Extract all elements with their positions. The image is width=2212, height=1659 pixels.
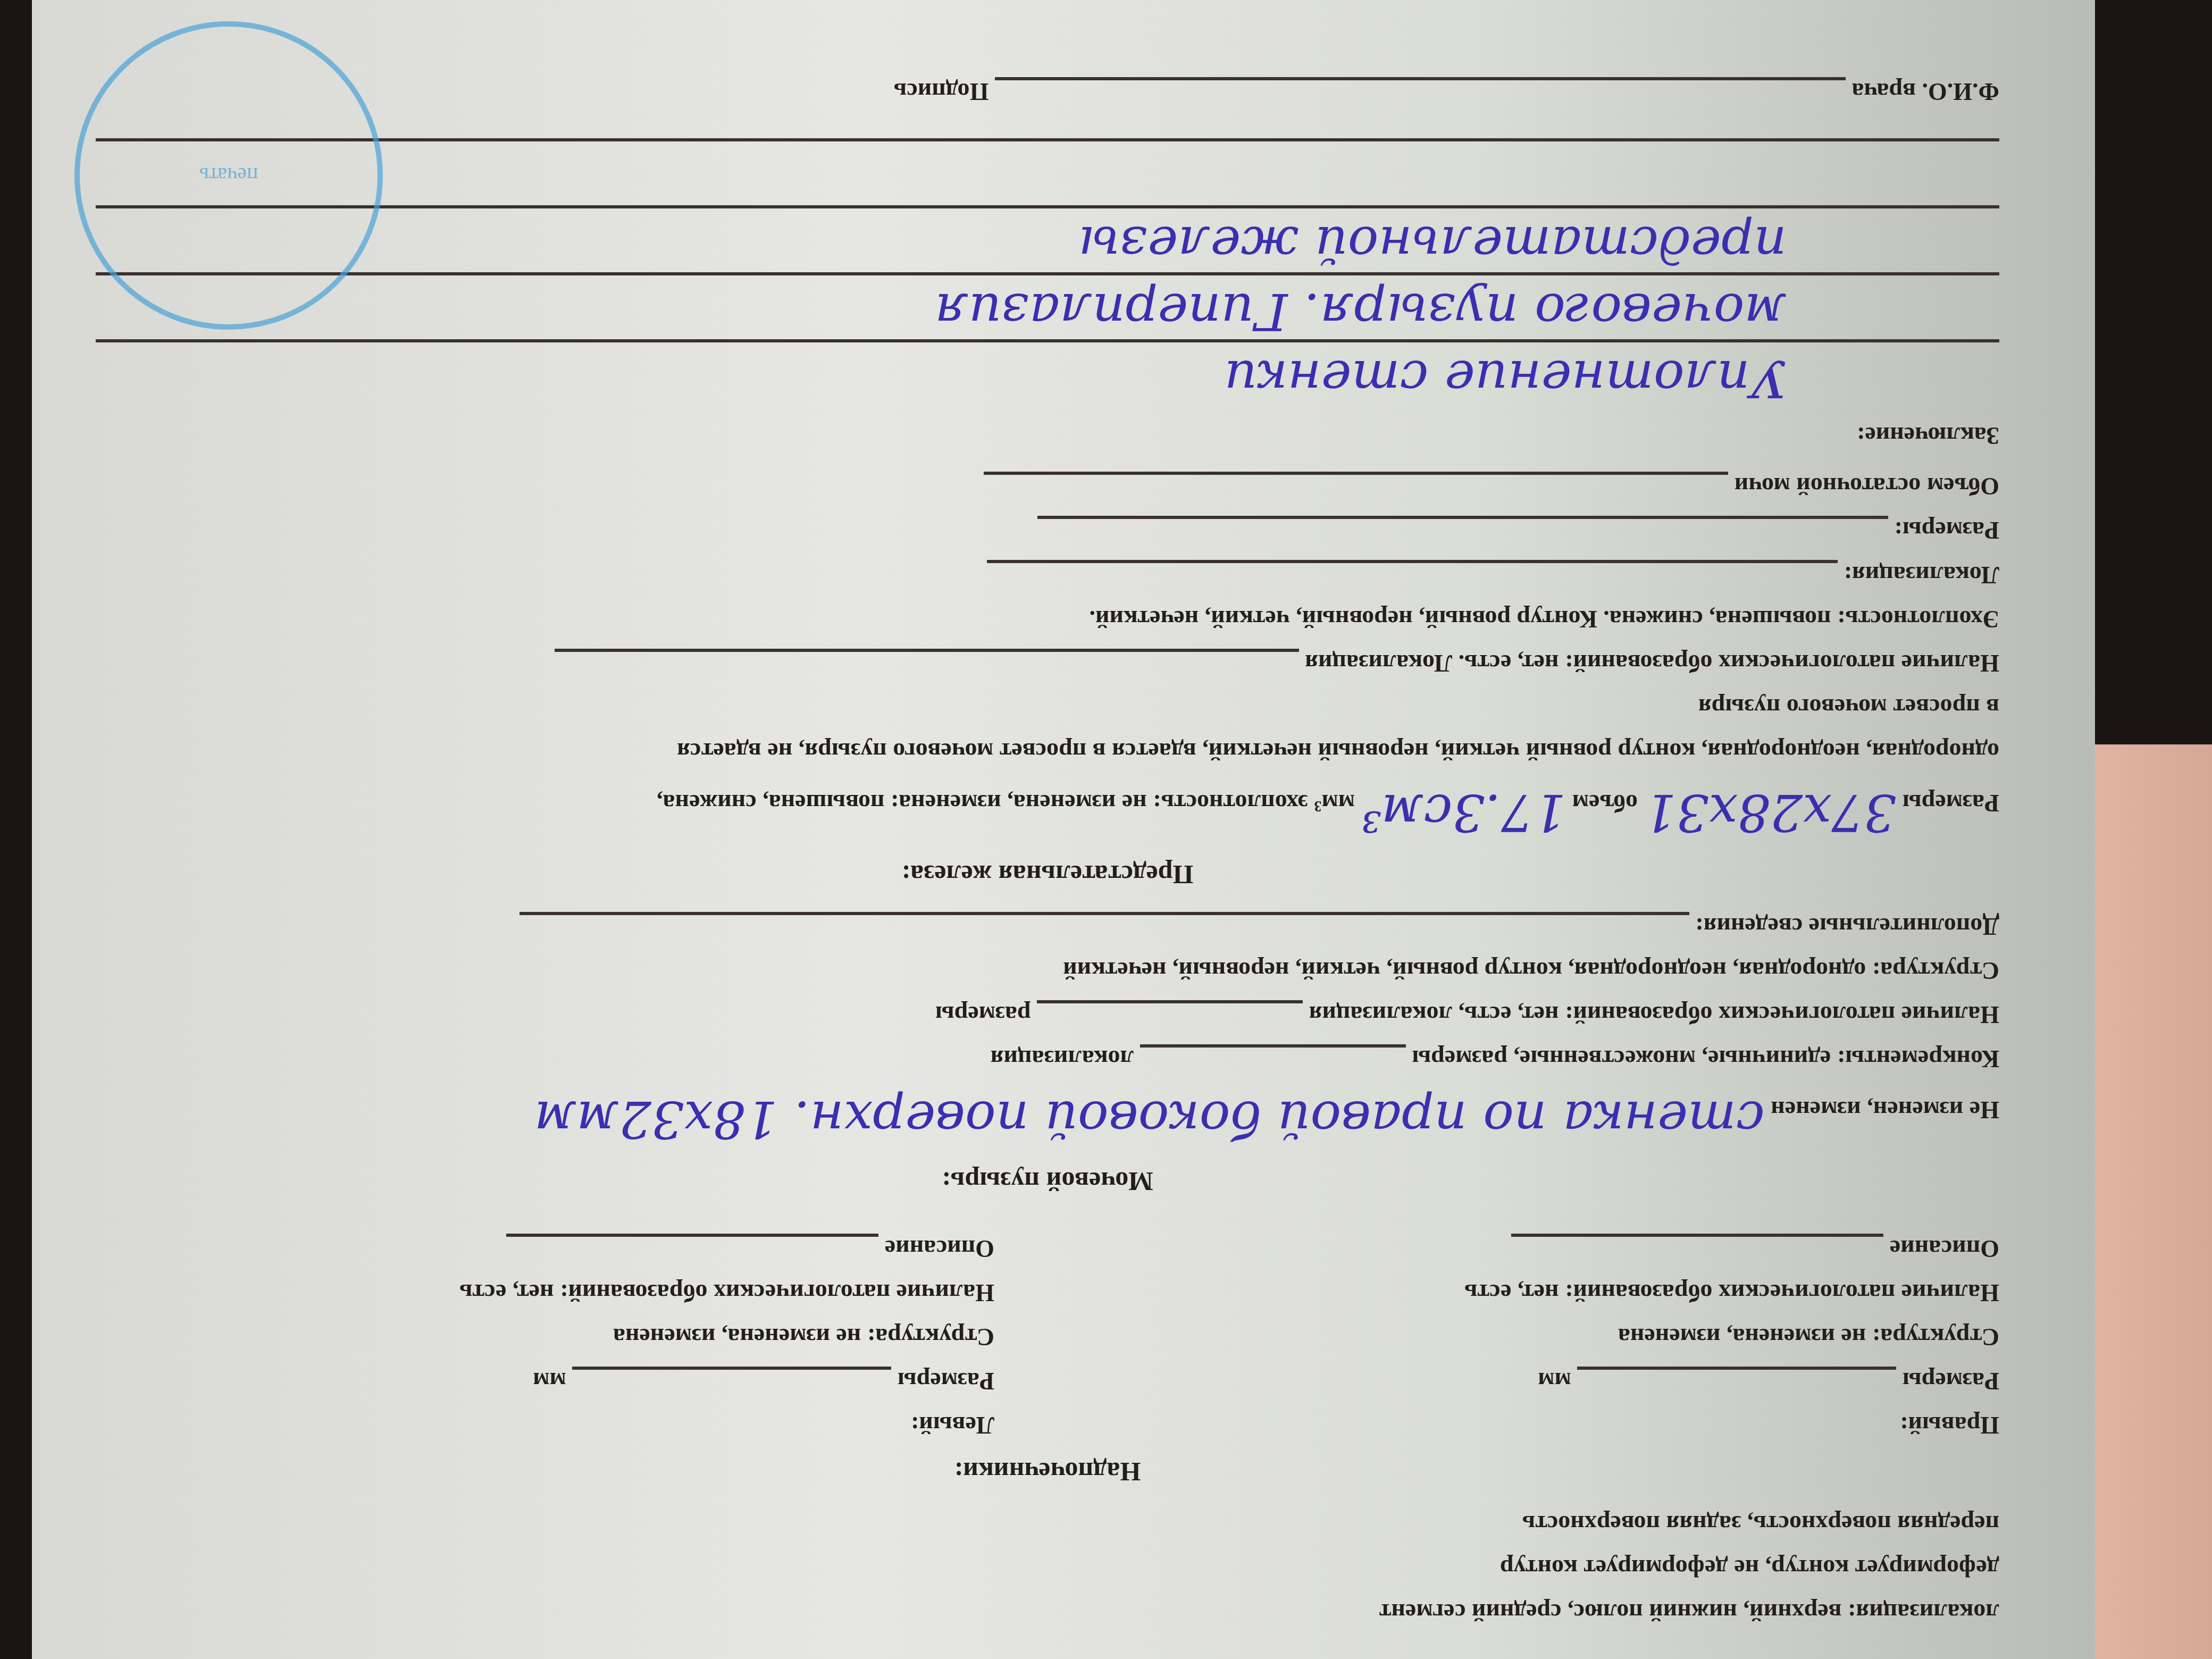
left-pathology: Наличие патологических образований: нет,… — [96, 1278, 994, 1308]
conclusion-line-1: Уплотнение стенки — [96, 339, 1999, 406]
stamp-text: печать — [199, 163, 258, 188]
prostate-sizes: Размеры: — [1895, 517, 2000, 544]
right-size-label: Размеры — [1903, 1368, 1999, 1395]
right-size-unit: мм — [1538, 1368, 1571, 1395]
stamp: печать — [74, 21, 383, 330]
right-structure: Структура: не изменена, изменена — [1101, 1322, 1999, 1352]
prostate-localization: Локализация: — [1844, 562, 1999, 589]
extra-line — [520, 912, 1689, 936]
left-description: Описание — [885, 1235, 994, 1262]
doctor-label: Ф.И.О. врача — [1851, 78, 1999, 105]
conclusion-line-3: предстательной железы — [96, 205, 1999, 272]
bladder-concrements: Конкременты: единичные, множественные, р… — [1412, 1045, 1999, 1073]
bladder-title: Мочевой пузырь: — [96, 1166, 1999, 1198]
prostate-volume-value: 17.3см³ — [1361, 783, 1566, 842]
right-size-line — [1577, 1367, 1896, 1391]
adrenals-section: Правый: Размеры мм Структура: не изменен… — [96, 1219, 1999, 1440]
bladder-handwritten: стенка по правой боковой поверхн. 18х32м… — [534, 1090, 1765, 1150]
report-paper: локализация: верхний, нижний полюс, сред… — [32, 0, 2095, 1659]
adrenals-title: Надпочечники: — [96, 1456, 1999, 1488]
concrements-line — [1140, 1044, 1406, 1069]
prostate-size-label: Размеры — [1903, 790, 1999, 817]
bladder-structure: Структура: однородная, неоднородная, кон… — [96, 956, 1999, 985]
conclusion-text-1: Уплотнение стенки — [1224, 348, 1787, 409]
bladder-line1: Не изменен, изменен — [1771, 1097, 1999, 1124]
right-label: Правый: — [1101, 1411, 1999, 1440]
conclusion-label: Заключение: — [96, 421, 1999, 450]
top-line-1: локализация: верхний, нижний полюс, сред… — [96, 1598, 1999, 1627]
prostate-title: Предстательная железа: — [96, 859, 1999, 891]
right-pathology: Наличие патологических образований: нет,… — [1101, 1278, 1999, 1308]
right-description-line — [1511, 1234, 1883, 1259]
prostate-volume-label: объем — [1572, 790, 1638, 817]
adrenal-left: Левый: Размеры мм Структура: не изменена… — [96, 1219, 994, 1440]
conclusion-line-2: мочевого пузыря. Гиперплазия — [96, 272, 1999, 339]
bladder-localization: локализация — [991, 1045, 1134, 1073]
top-line-3: передняя поверхность, задняя поверхность — [96, 1509, 1999, 1538]
left-label: Левый: — [96, 1411, 994, 1440]
prostate-pathology-line — [555, 649, 1299, 673]
doctor-line — [995, 77, 1846, 102]
prostate-echo: эхоплотность: не изменена, изменена: пов… — [657, 790, 1308, 817]
localization-line — [987, 560, 1838, 584]
left-size-label: Размеры — [898, 1368, 994, 1395]
bladder-pathology: Наличие патологических образований: нет,… — [1309, 1001, 1999, 1028]
prostate-echogenicity: Эхоплотность: повышена, снижена. Контур … — [96, 605, 1999, 634]
prostate-line2: однородная, неоднородная, контур ровный … — [96, 737, 1999, 766]
bladder-extra: Дополнительные сведения: — [1695, 913, 1999, 940]
residual-line — [984, 472, 1728, 496]
left-size-line — [572, 1367, 891, 1391]
prostate-residual: Объем остаточной мочи — [1735, 473, 1999, 500]
left-size-unit: мм — [533, 1368, 566, 1395]
right-description: Описание — [1890, 1235, 1999, 1262]
top-line-2: деформирует контур, не деформирует конту… — [96, 1554, 1999, 1583]
prostate-volume-unit: мм³ — [1314, 790, 1355, 817]
left-structure: Структура: не изменена, изменена — [96, 1322, 994, 1352]
bladder-sizes: размеры — [935, 1001, 1031, 1028]
conclusion-text-2: мочевого пузыря. Гиперплазия — [935, 281, 1787, 342]
signature-label: Подпись — [894, 78, 988, 105]
pathology-line — [1037, 1000, 1303, 1025]
sizes-line — [1037, 516, 1888, 540]
adrenal-right: Правый: Размеры мм Структура: не изменен… — [1101, 1219, 1999, 1440]
left-description-line — [506, 1234, 878, 1259]
prostate-size-value: 37х28х31 — [1644, 783, 1897, 842]
prostate-line3: в просвет мочевого пузыря — [96, 693, 1999, 722]
prostate-pathology: Наличие патологических образований: нет,… — [1305, 650, 1999, 677]
conclusion-text-3: предстательной железы — [1078, 214, 1787, 275]
